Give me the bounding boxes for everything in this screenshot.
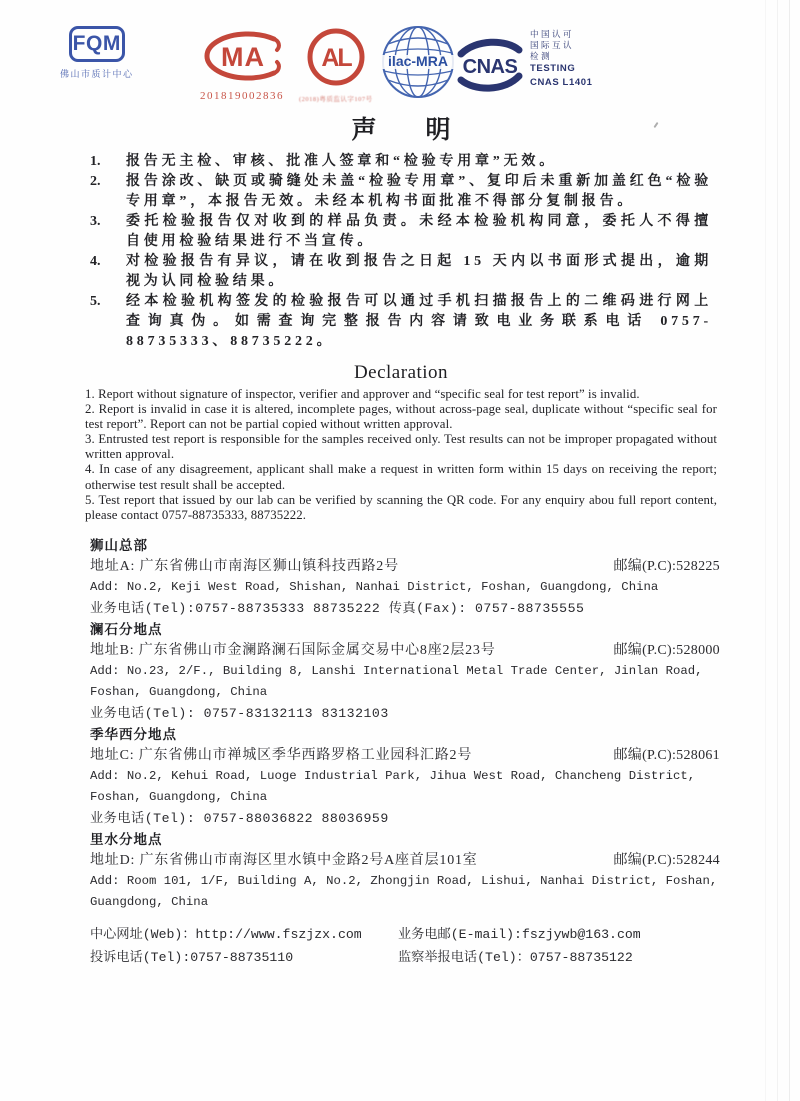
supervision-phone: 监察举报电话(Tel)：0757-88735122 bbox=[398, 946, 712, 969]
location-address-en: Add: No.23, 2/F., Building 8, Lanshi Int… bbox=[90, 661, 720, 703]
location-name: 季华西分地点 bbox=[90, 724, 720, 745]
item-number: 4. bbox=[90, 252, 126, 292]
footer-row: 投诉电话(Tel):0757-88735110 监察举报电话(Tel)：0757… bbox=[90, 946, 712, 969]
location-block-lanshi: 澜石分地点 地址B: 广东省佛山市金澜路澜石国际金属交易中心8座2层23号 邮编… bbox=[90, 619, 720, 724]
business-email: 业务电邮(E-mail):fszjywb@163.com bbox=[398, 923, 712, 946]
statement-item: 3. 委托检验报告仅对收到的样品负责。未经本检验机构同意，委托人不得擅自使用检验… bbox=[90, 212, 712, 252]
footer-row: 中心网址(Web)：http://www.fszjzx.com 业务电邮(E-m… bbox=[90, 923, 712, 946]
statement-item: 5. 经本检验机构签发的检验报告可以通过手机扫描报告上的二维码进行网上查询真伪。… bbox=[90, 292, 712, 352]
statement-title: 声 明 bbox=[90, 116, 712, 146]
item-text: 报告涂改、缺页或骑缝处未盖“检验专用章”、复印后未重新加盖红色“检验专用章”，本… bbox=[126, 172, 712, 212]
postal-code: 邮编(P.C):528244 bbox=[606, 850, 721, 871]
item-text: 对检验报告有异议，请在收到报告之日起 15 天内以书面形式提出，逾期视为认同检验… bbox=[126, 252, 712, 292]
item-text: 委托检验报告仅对收到的样品负责。未经本检验机构同意，委托人不得擅自使用检验结果进… bbox=[126, 212, 712, 252]
item-number: 1. bbox=[90, 152, 126, 172]
declaration-title: Declaration bbox=[90, 361, 712, 385]
location-address-en: Add: No.2, Kehui Road, Luoge Industrial … bbox=[90, 766, 720, 808]
postal-code: 邮编(P.C):528225 bbox=[606, 556, 721, 577]
document-content: 声 明 1. 报告无主检、审核、批准人签章和“检验专用章”无效。 2. 报告涂改… bbox=[0, 0, 800, 969]
declaration-list: 1. Report without signature of inspector… bbox=[85, 387, 717, 523]
location-phone: 业务电话(Tel):0757-88735333 88735222 传真(Fax)… bbox=[90, 598, 720, 619]
location-address: 地址B: 广东省佛山市金澜路澜石国际金属交易中心8座2层23号 bbox=[90, 640, 496, 661]
location-address-row: 地址C: 广东省佛山市禅城区季华西路罗格工业园科汇路2号 邮编(P.C):528… bbox=[90, 745, 720, 766]
postal-code: 邮编(P.C):528000 bbox=[606, 640, 721, 661]
statement-list: 1. 报告无主检、审核、批准人签章和“检验专用章”无效。 2. 报告涂改、缺页或… bbox=[90, 152, 712, 352]
statement-item: 4. 对检验报告有异议，请在收到报告之日起 15 天内以书面形式提出，逾期视为认… bbox=[90, 252, 712, 292]
item-number: 2. bbox=[90, 172, 126, 212]
location-address: 地址C: 广东省佛山市禅城区季华西路罗格工业园科汇路2号 bbox=[90, 745, 472, 766]
declaration-item: 4. In case of any disagreement, applican… bbox=[85, 462, 717, 492]
location-address-row: 地址D: 广东省佛山市南海区里水镇中金路2号A座首层101室 邮编(P.C):5… bbox=[90, 850, 720, 871]
location-phone: 业务电话(Tel): 0757-88036822 88036959 bbox=[90, 808, 720, 829]
item-number: 5. bbox=[90, 292, 126, 352]
location-address: 地址D: 广东省佛山市南海区里水镇中金路2号A座首层101室 bbox=[90, 850, 478, 871]
location-address-row: 地址A: 广东省佛山市南海区狮山镇科技西路2号 邮编(P.C):528225 bbox=[90, 556, 720, 577]
declaration-item: 1. Report without signature of inspector… bbox=[85, 387, 717, 402]
location-address-row: 地址B: 广东省佛山市金澜路澜石国际金属交易中心8座2层23号 邮编(P.C):… bbox=[90, 640, 720, 661]
statement-item: 2. 报告涂改、缺页或骑缝处未盖“检验专用章”、复印后未重新加盖红色“检验专用章… bbox=[90, 172, 712, 212]
location-block-lishui: 里水分地点 地址D: 广东省佛山市南海区里水镇中金路2号A座首层101室 邮编(… bbox=[90, 829, 720, 913]
declaration-item: 2. Report is invalid in case it is alter… bbox=[85, 402, 717, 432]
location-name: 澜石分地点 bbox=[90, 619, 720, 640]
item-number: 3. bbox=[90, 212, 126, 252]
item-text: 报告无主检、审核、批准人签章和“检验专用章”无效。 bbox=[126, 152, 712, 172]
declaration-item: 5. Test report that issued by our lab ca… bbox=[85, 493, 717, 523]
item-text: 经本检验机构签发的检验报告可以通过手机扫描报告上的二维码进行网上查询真伪。如需查… bbox=[126, 292, 712, 352]
location-name: 狮山总部 bbox=[90, 535, 720, 556]
postal-code: 邮编(P.C):528061 bbox=[606, 745, 721, 766]
location-phone: 业务电话(Tel): 0757-83132113 83132103 bbox=[90, 703, 720, 724]
contact-footer: 中心网址(Web)：http://www.fszjzx.com 业务电邮(E-m… bbox=[90, 923, 712, 969]
complaint-phone: 投诉电话(Tel):0757-88735110 bbox=[90, 946, 398, 969]
location-address-en: Add: No.2, Keji West Road, Shishan, Nanh… bbox=[90, 577, 720, 598]
location-address-en: Add: Room 101, 1/F, Building A, No.2, Zh… bbox=[90, 871, 720, 913]
declaration-page: FQM 佛山市质计中心 MA 201819002836 AL (2018)粤质监… bbox=[0, 0, 800, 1101]
locations: 狮山总部 地址A: 广东省佛山市南海区狮山镇科技西路2号 邮编(P.C):528… bbox=[90, 535, 720, 913]
statement-item: 1. 报告无主检、审核、批准人签章和“检验专用章”无效。 bbox=[90, 152, 712, 172]
location-block-jihuaxi: 季华西分地点 地址C: 广东省佛山市禅城区季华西路罗格工业园科汇路2号 邮编(P… bbox=[90, 724, 720, 829]
location-name: 里水分地点 bbox=[90, 829, 720, 850]
location-address: 地址A: 广东省佛山市南海区狮山镇科技西路2号 bbox=[90, 556, 399, 577]
declaration-item: 3. Entrusted test report is responsible … bbox=[85, 432, 717, 462]
center-website: 中心网址(Web)：http://www.fszjzx.com bbox=[90, 923, 398, 946]
location-block-shishan: 狮山总部 地址A: 广东省佛山市南海区狮山镇科技西路2号 邮编(P.C):528… bbox=[90, 535, 720, 619]
